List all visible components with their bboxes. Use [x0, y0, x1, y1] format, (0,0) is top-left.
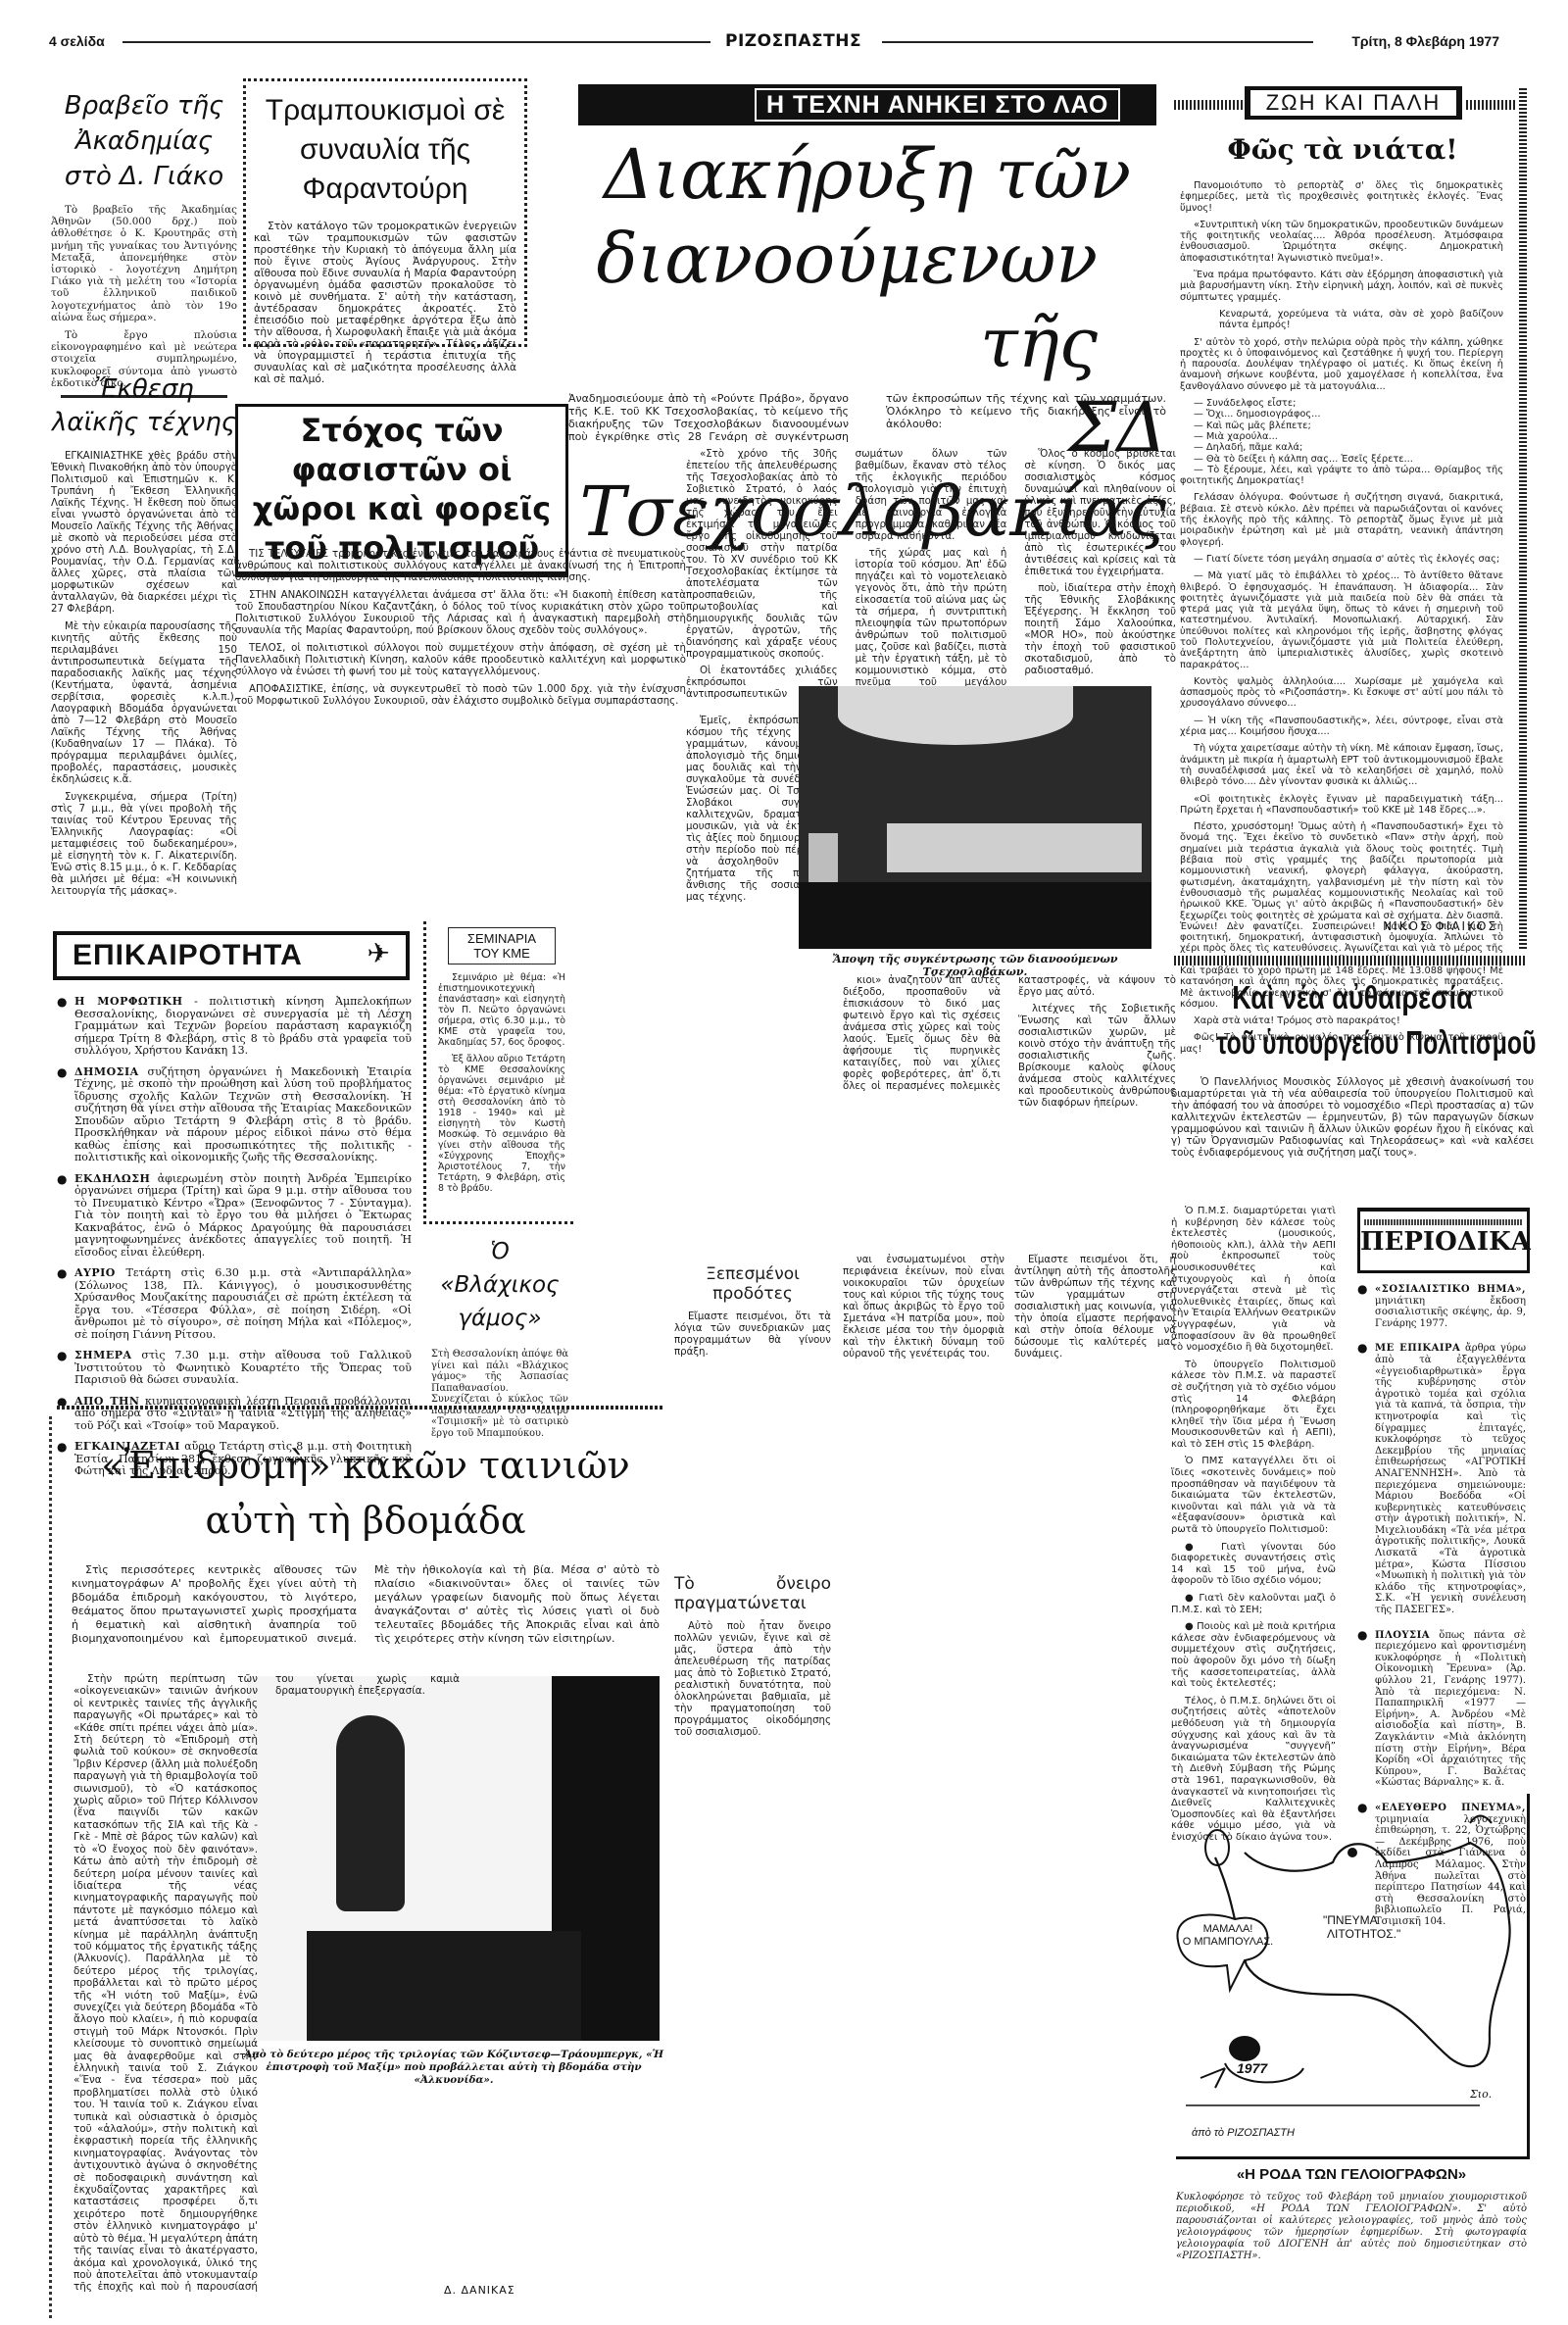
- ghost-label: "ΠΝΕΥΜΑ ΛΙΤΟΤΗΤΟΣ.": [1323, 1913, 1400, 1941]
- seminars-box-title: ΣΕΜΙΝΑΡΙΑ ΤΟΥ ΚΜΕ: [448, 927, 556, 965]
- paragraph: ● Ποιοὺς καὶ μὲ ποιὰ κριτήρια κάλεσε σὰν…: [1171, 1621, 1336, 1690]
- section-banner: Η ΤΕΧΝΗ ΑΝΗΚΕΙ ΣΤΟ ΛΑΟ: [578, 84, 1156, 125]
- label-line: ΛΙΤΟΤΗΤΟΣ.": [1323, 1927, 1400, 1941]
- border-pattern: [1174, 956, 1527, 965]
- verse: Κεναρωτά, χορεύμενα τὰ νιάτα, σὰν σὲ χορ…: [1180, 309, 1503, 331]
- periodical-lead: «ΣΟΣΙΑΛΙΣΤΙΚΟ ΒΗΜΑ»,: [1375, 1284, 1526, 1295]
- year-label: 1977: [1237, 2060, 1267, 2076]
- declaration-body-col-c: Εἴμαστε πεισμένοι ὅτι, ἡ ἀντίληψη αὐτὴ τ…: [1014, 1255, 1176, 1366]
- paragraph: Συγκεκριμένα, σήμερα (Τρίτη) στὶς 7 μ.μ.…: [51, 792, 237, 898]
- headline-line: γάμος»: [431, 1302, 568, 1335]
- news-item[interactable]: ΣΗΜΕΡΑ στὶς 7.30 μ.μ. στὴν αἴθουσα τοῦ Γ…: [57, 1350, 412, 1387]
- declaration-body-top: «Στὸ χρόνο τῆς 30ῆς ἐπετείου τῆς ἀπελευθ…: [686, 449, 1176, 714]
- cartoon: ΜΑΜΑΛΑ! Ο ΜΠΑΜΠΟΥΛΑΣ. "ΠΝΕΥΜΑ ΛΙΤΟΤΗΤΟΣ.…: [1176, 1794, 1530, 2159]
- paragraph: Γελάσαν ὁλόγυρα. Φούντωσε ἡ συζήτηση σιγ…: [1180, 492, 1503, 547]
- source-credit: ἀπὸ τὸ ΡΙΖΟΣΠΑΣΤΗ: [1192, 2127, 1295, 2139]
- article-body: Στὸν κατάλογο τῶν τρομοκρατικῶν ἐνεργειῶ…: [254, 221, 516, 385]
- article-life-and-struggle[interactable]: ΖΩΗ ΚΑΙ ΠΑΛΗ Φῶς τὰ νιάτα! Πανομοιότυπο …: [1174, 86, 1527, 949]
- dialogue-line: — Καὶ πῶς μᾶς βλέπετε;: [1180, 420, 1503, 431]
- column-text: Στὴν πρώτη περίπτωση τῶν «οἰκογενειακῶν»…: [73, 1673, 661, 2300]
- divider: [57, 1406, 664, 1410]
- periodicals-header: ΠΕΡΙΟΔΙΚΑ: [1357, 1208, 1530, 1273]
- paragraph: Εἴμαστε πεισμένοι ὅτι, ἡ ἀντίληψη αὐτὴ τ…: [1014, 1255, 1176, 1360]
- news-item-lead: Η ΜΟΡΦΩΤΙΚΗ: [74, 995, 183, 1008]
- paragraph: Πανομοιότυπο τὸ ρεπορτὰζ σ' ὅλες τὶς δημ…: [1180, 180, 1503, 214]
- headline-line: Καὶ νέα αὐθαιρεσία: [1203, 975, 1500, 1020]
- periodical-item[interactable]: ΠΛΟΥΣΙΑ ὅπως πάντα σὲ περιεχόμενο καὶ φρ…: [1357, 1630, 1526, 1789]
- article-kme-seminars[interactable]: ΣΕΜΙΝΑΡΙΑ ΤΟΥ ΚΜΕ Σεμινάριο μὲ θέμα: «Ἡ …: [423, 921, 573, 1224]
- signature: Δ. ΔΑΝΙΚΑΣ: [444, 2284, 515, 2297]
- paragraph: ΤΕΛΟΣ, οἱ πολιτιστικοὶ σύλλογοι ποὺ συμμ…: [235, 643, 686, 678]
- bird-icon: ✈: [367, 937, 390, 969]
- declaration-body-mid: κιοι» ἀναζητοῦν ἀπ' αὐτὲς διέξοδο, προσπ…: [843, 975, 1176, 1240]
- box-title-line: ΤΟΥ ΚΜΕ: [452, 946, 552, 961]
- declaration-body-col-a: Ξεπεσμένοι προδότες Εἴμαστε πεισμένοι, ὅ…: [674, 1255, 831, 1745]
- headline-line: «Ἐπιδρομὴ» κακῶν ταινιῶν: [52, 1438, 679, 1493]
- declaration-intro: Ἀναδημοσιεύουμε ἀπὸ τὴ «Ρούντε Πράβο», ὄ…: [568, 392, 1166, 443]
- article-body: ΕΓΚΑΙΝΙΑΣΤΗΚΕ χθὲς βράδυ στὴν Ἐθνικὴ Πιν…: [51, 451, 237, 898]
- headline: Βραβεῖο τῆς Ἀκαδημίας στὸ Δ. Γιάκο: [51, 88, 237, 194]
- section-title: ΕΠΙΚΑΙΡΟΤΗΤΑ: [73, 939, 303, 972]
- headline-line: αὐτὴ τὴ βδομάδα: [52, 1493, 679, 1548]
- article-farantouri-concert[interactable]: Τραμπουκισμοὶ σὲ συναυλία τῆς Φαραντούρη…: [243, 78, 527, 347]
- banner-shape: [838, 686, 1073, 745]
- border-pattern: [1519, 86, 1527, 949]
- article-ministry-arbitrariness[interactable]: Καὶ νέα αὐθαιρεσία τοῦ ὑπουργείου Πολιτι…: [1171, 975, 1534, 1160]
- news-item[interactable]: ΑΥΡΙΟ Τετάρτη στὶς 6.30 μ.μ. στὰ «Ἀντιπα…: [57, 1267, 412, 1341]
- periodical-text: ἄρθρα γύρω ἀπὸ τὰ ἐξαγγελθέντα «ἐγγειοδι…: [1375, 1343, 1526, 1615]
- news-item[interactable]: ΔΗΜΟΣΙΑ συζήτηση ὀργανώνει ἡ Μακεδονικὴ …: [57, 1066, 412, 1164]
- speech-bubble: ΜΑΜΑΛΑ! Ο ΜΠΑΜΠΟΥΛΑΣ.: [1182, 1923, 1274, 1949]
- headline: Τραμπουκισμοὶ σὲ συναυλία τῆς Φαραντούρη: [254, 91, 516, 209]
- subhead: Τὸ ὄνειρο πραγματώνεται: [674, 1574, 831, 1613]
- periodical-text: μηνιάτικη ἔκδοση σοσιαλιστικῆς σκέψης, ἀ…: [1375, 1296, 1526, 1329]
- news-section-header: ΕΠΙΚΑΙΡΟΤΗΤΑ ✈: [53, 931, 410, 980]
- headline-line: Ὁ «Βλάχικος: [431, 1235, 568, 1302]
- periodical-lead: ΜΕ ΕΠΙΚΑΙΡΑ: [1375, 1343, 1460, 1354]
- border-pattern: [1466, 100, 1517, 110]
- paragraph: Εἴμαστε πεισμένοι, ὅτι τὰ λόγια τῶν συνε…: [674, 1311, 831, 1359]
- paragraph: — Ἡ νίκη τῆς «Πανσπουδαστικῆς», λέει, σύ…: [1180, 716, 1503, 738]
- paragraph: Ὅλος ὁ κόσμος βρίσκεται σὲ κίνηση. Ὁ δικ…: [1024, 449, 1176, 578]
- speech-line: Ο ΜΠΑΜΠΟΥΛΑΣ.: [1182, 1936, 1274, 1949]
- paragraph: Τὴ νύχτα χαιρετίσαμε αὐτὴν τὴ νίκη. Μὲ κ…: [1180, 743, 1503, 787]
- paragraph: «Οἱ φοιτητικὲς ἐκλογὲς ἔγιναν μὲ παραδει…: [1180, 794, 1503, 816]
- declaration-photo: [799, 686, 1151, 949]
- paragraph: Αὐτὸ ποὺ ἦταν ὄνειρο πολλῶν γενιῶν, ἔγιν…: [674, 1621, 831, 1739]
- periodical-item[interactable]: «ΣΟΣΙΑΛΙΣΤΙΚΟ ΒΗΜΑ», μηνιάτικη ἔκδοση σο…: [1357, 1284, 1526, 1329]
- paragraph: Στὶς περισσότερες κεντρικὲς αἴθουσες τῶν…: [72, 1563, 660, 1649]
- news-item-text: ἀφιερωμένη στὸν ποιητὴ Ἀνδρέα Ἐμπειρίκο …: [74, 1172, 412, 1259]
- paragraph: Σεμινάριο μὲ θέμα: «Ἡ ἐπιστημονικοτεχνικ…: [438, 972, 565, 1048]
- headline-line: τοῦ ὑπουργείου Πολιτισμοῦ: [1216, 1020, 1489, 1065]
- cartoon-drawing: [1176, 1794, 1527, 2117]
- banner-shape: [887, 823, 1142, 872]
- news-list: Η ΜΟΡΦΩΤΙΚΗ - πολιτιστικὴ κίνηση Ἀμπελοκ…: [57, 996, 412, 1487]
- cartoon-description: Κυκλοφόρησε τὸ τεῦχος τοῦ Φλεβάρη τοῦ μη…: [1176, 2192, 1527, 2262]
- page-number: 4 σελίδα: [49, 33, 105, 49]
- paragraph: «Συντριπτικὴ νίκη τῶν δημοκρατικῶν, προο…: [1180, 220, 1503, 264]
- article-fascist-target-body: ΤΙΣ ΤΕΛΕΥΤΑΙΕΣ τρομοκρατικὲς ἐνέργειες τ…: [235, 549, 686, 714]
- dialogue-line: — Δηλαδή, πᾶμε καλά;: [1180, 442, 1503, 453]
- ministry-column: Ὁ Π.Μ.Σ. διαμαρτύρεται γιατὶ ἡ κυβέρνηση…: [1171, 1206, 1336, 1849]
- artist-signature: Σιο.: [1470, 2088, 1492, 2101]
- intro: Στὶς περισσότερες κεντρικὲς αἴθουσες τῶν…: [72, 1563, 660, 1649]
- dialogue-line: — Τὸ ξέρουμε, λέει, καὶ γράψτε το ἀπὸ τώ…: [1180, 465, 1503, 487]
- article-body: Σεμινάριο μὲ θέμα: «Ἡ ἐπιστημονικοτεχνικ…: [438, 972, 565, 1194]
- article-bad-films[interactable]: «Ἐπιδρομὴ» κακῶν ταινιῶν αὐτὴ τὴ βδομάδα…: [49, 1416, 679, 2318]
- speech-line: ΜΑΜΑΛΑ!: [1182, 1923, 1274, 1936]
- paragraph: λιτέχνες τῆς Σοβιετικῆς Ἕνωσης καὶ τῶν ἄ…: [1018, 1004, 1176, 1110]
- paragraph: ΤΙΣ ΤΕΛΕΥΤΑΙΕΣ τρομοκρατικὲς ἐνέργειες τ…: [235, 549, 686, 584]
- news-item[interactable]: Η ΜΟΡΦΩΤΙΚΗ - πολιτιστικὴ κίνηση Ἀμπελοκ…: [57, 996, 412, 1058]
- paragraph: Ἕνα πράμα πρωτόφαντο. Κάτι σὰν ἐξόρμηση …: [1180, 270, 1503, 303]
- section-banner: ΖΩΗ ΚΑΙ ΠΑΛΗ: [1245, 86, 1462, 120]
- paragraph: ● Γιατὶ δὲν καλοῦνται μαζὶ ὁ Π.Μ.Σ. καὶ …: [1171, 1593, 1336, 1615]
- banner-text: Η ΤΕΧΝΗ ΑΝΗΚΕΙ ΣΤΟ ΛΑΟ: [755, 88, 1120, 122]
- newspaper-name: ΡΙΖΟΣΠΑΣΤΗΣ: [725, 31, 861, 51]
- section-title: ΠΕΡΙΟΔΙΚΑ: [1360, 1227, 1527, 1257]
- paragraph: ● Γιατὶ γίνονται δύο διαφορετικὲς συναντ…: [1171, 1542, 1336, 1587]
- paragraph: Ἐξ ἄλλου αὔριο Τετάρτη τὸ ΚΜΕ Θεσσαλονίκ…: [438, 1054, 565, 1194]
- article-body: Τὸ βραβεῖο τῆς Ἀκαδημίας Ἀθηνῶν (50.000 …: [51, 204, 237, 389]
- headline: Φῶς τὰ νιάτα!: [1174, 133, 1511, 166]
- masthead-rule-left: [122, 41, 710, 43]
- issue-date: Τρίτη, 8 Φλεβάρη 1977: [1351, 33, 1499, 49]
- subhead: Ξεπεσμένοι προδότες: [674, 1264, 831, 1304]
- article-folk-art-exhibition[interactable]: Ἔκθεση λαϊκῆς τέχνης ΕΓΚΑΙΝΙΑΣΤΗΚΕ χθὲς …: [51, 372, 237, 904]
- paragraph: — Μὰ γιατί μᾶς τὸ ἐπιβάλλει τὸ χρέος... …: [1180, 570, 1503, 670]
- paragraph: «Στὸ χρόνο τῆς 30ῆς ἐπετείου τῆς ἀπελευθ…: [686, 449, 838, 661]
- author: ΝΙΚΟΣ ΦΙΛΙΚΟΣ: [1383, 919, 1497, 933]
- paragraph: Ὁ Π.Μ.Σ. διαμαρτύρεται γιατὶ ἡ κυβέρνηση…: [1171, 1206, 1336, 1354]
- declaration-body-col-b: ναι ἐνσωματωμένοι στὴν περιφάνεια ἐκείνω…: [843, 1255, 1004, 1366]
- article-academy-prize[interactable]: Βραβεῖο τῆς Ἀκαδημίας στὸ Δ. Γιάκο Τὸ βρ…: [51, 88, 237, 398]
- headline-line: διανοούμενων τῆς: [578, 217, 1166, 385]
- section-title: ΖΩΗ ΚΑΙ ΠΑΛΗ: [1250, 90, 1456, 116]
- label-line: "ΠΝΕΥΜΑ: [1323, 1913, 1400, 1927]
- news-item-lead: ΕΚΔΗΛΩΣΗ: [74, 1172, 150, 1185]
- intro: Ὁ Πανελλήνιος Μουσικὸς Σύλλογος μὲ χθεσι…: [1171, 1077, 1534, 1160]
- paragraph: ναι ἐνσωματωμένοι στὴν περιφάνεια ἐκείνω…: [843, 1255, 1004, 1360]
- news-item-lead: ΑΥΡΙΟ: [74, 1266, 116, 1279]
- paragraph: ΕΓΚΑΙΝΙΑΣΤΗΚΕ χθὲς βράδυ στὴν Ἐθνικὴ Πιν…: [51, 451, 237, 616]
- paragraph: ΑΠΟΦΑΣΙΣΤΙΚΕ, ἐπίσης, νὰ συγκεντρωθεῖ τὸ…: [235, 684, 686, 708]
- border-pattern: [1364, 1219, 1523, 1225]
- paragraph: Μὲ τὴν εὐκαιρία παρουσίασης τῆς κινητῆς …: [51, 621, 237, 786]
- box-title-line: ΣΕΜΙΝΑΡΙΑ: [452, 931, 552, 946]
- masthead-rule-right: [882, 41, 1313, 43]
- paragraph: Ὁ ΠΜΣ καταγγέλλει ὅτι οἱ ἴδιες «σκοτεινὲ…: [1171, 1456, 1336, 1535]
- paragraph: ποὺ, ἰδιαίτερα στὴν ἐποχὴ τῆς Ἐθνικῆς Σλ…: [1024, 583, 1176, 677]
- paragraph: Τὸ βραβεῖο τῆς Ἀκαδημίας Ἀθηνῶν (50.000 …: [51, 204, 237, 323]
- paragraph: — Γιατί δίνετε τόση μεγάλη σημασία σ' αὐ…: [1180, 554, 1503, 565]
- dialogue-line: — Ὄχι... δημοσιογράφος...: [1180, 409, 1503, 420]
- headline: Ἔκθεση λαϊκῆς τέχνης: [51, 372, 237, 439]
- dialogue-line: — Μιὰ χαρούλα...: [1180, 431, 1503, 442]
- dialogue-line: — Συνάδελφος εἶστε;: [1180, 398, 1503, 409]
- dialogue-line: — Θὰ τὸ δείξει ἡ κάλπη σας... Ἐσεῖς ξέρε…: [1180, 454, 1503, 465]
- paragraph: Σ' αὐτὸν τὸ χορό, στὴν πελώρια οὐρὰ πρὸς…: [1180, 337, 1503, 392]
- paragraph: τῆς χώρας μας καὶ ἡ ἱστορία τοῦ κόσμου. …: [856, 548, 1007, 701]
- news-item-lead: ΔΗΜΟΣΙΑ: [74, 1065, 139, 1078]
- masthead: 4 σελίδα ΡΙΖΟΣΠΑΣΤΗΣ Τρίτη, 8 Φλεβάρη 19…: [29, 27, 1539, 53]
- cartoon-headline: «Η ΡΟΔΑ ΤΩΝ ΓΕΛΟΙΟΓΡΑΦΩΝ»: [1176, 2166, 1527, 2183]
- paragraph: Στὴν πρώτη περίπτωση τῶν «οἰκογενειακῶν»…: [73, 1673, 460, 2300]
- paragraph: Τὸ ὑπουργεῖο Πολιτισμοῦ κάλεσε τὸν Π.Μ.Σ…: [1171, 1360, 1336, 1451]
- periodical-item[interactable]: ΜΕ ΕΠΙΚΑΙΡΑ ἄρθρα γύρω ἀπὸ τὰ ἐξαγγελθέν…: [1357, 1343, 1526, 1615]
- paragraph: Κοντὸς ψαλμὸς ἀλληλούια.... Χωρίσαμε μὲ …: [1180, 676, 1503, 710]
- news-item-text: Τετάρτη στὶς 6.30 μ.μ. στὰ «Ἀντιπαράλληλ…: [74, 1266, 412, 1341]
- audience-silhouette: [799, 882, 1151, 949]
- border-pattern: [1174, 100, 1245, 110]
- periodical-text: ὅπως πάντα σὲ περιεχόμενο καὶ φροντισμέν…: [1375, 1630, 1526, 1789]
- news-item[interactable]: ΕΚΔΗΛΩΣΗ ἀφιερωμένη στὸν ποιητὴ Ἀνδρέα Ἐ…: [57, 1173, 412, 1260]
- periodical-lead: ΠΛΟΥΣΙΑ: [1375, 1630, 1430, 1641]
- headline-line: Διακήρυξη τῶν: [578, 132, 1166, 217]
- paragraph: ΣΤΗΝ ΑΝΑΚΟΙΝΩΣΗ καταγγέλλεται ἀνάμεσα στ…: [235, 590, 686, 637]
- news-item-lead: ΣΗΜΕΡΑ: [74, 1349, 132, 1361]
- news-item-text: συζήτηση ὀργανώνει ἡ Μακεδονικὴ Ἑταιρία …: [74, 1065, 412, 1164]
